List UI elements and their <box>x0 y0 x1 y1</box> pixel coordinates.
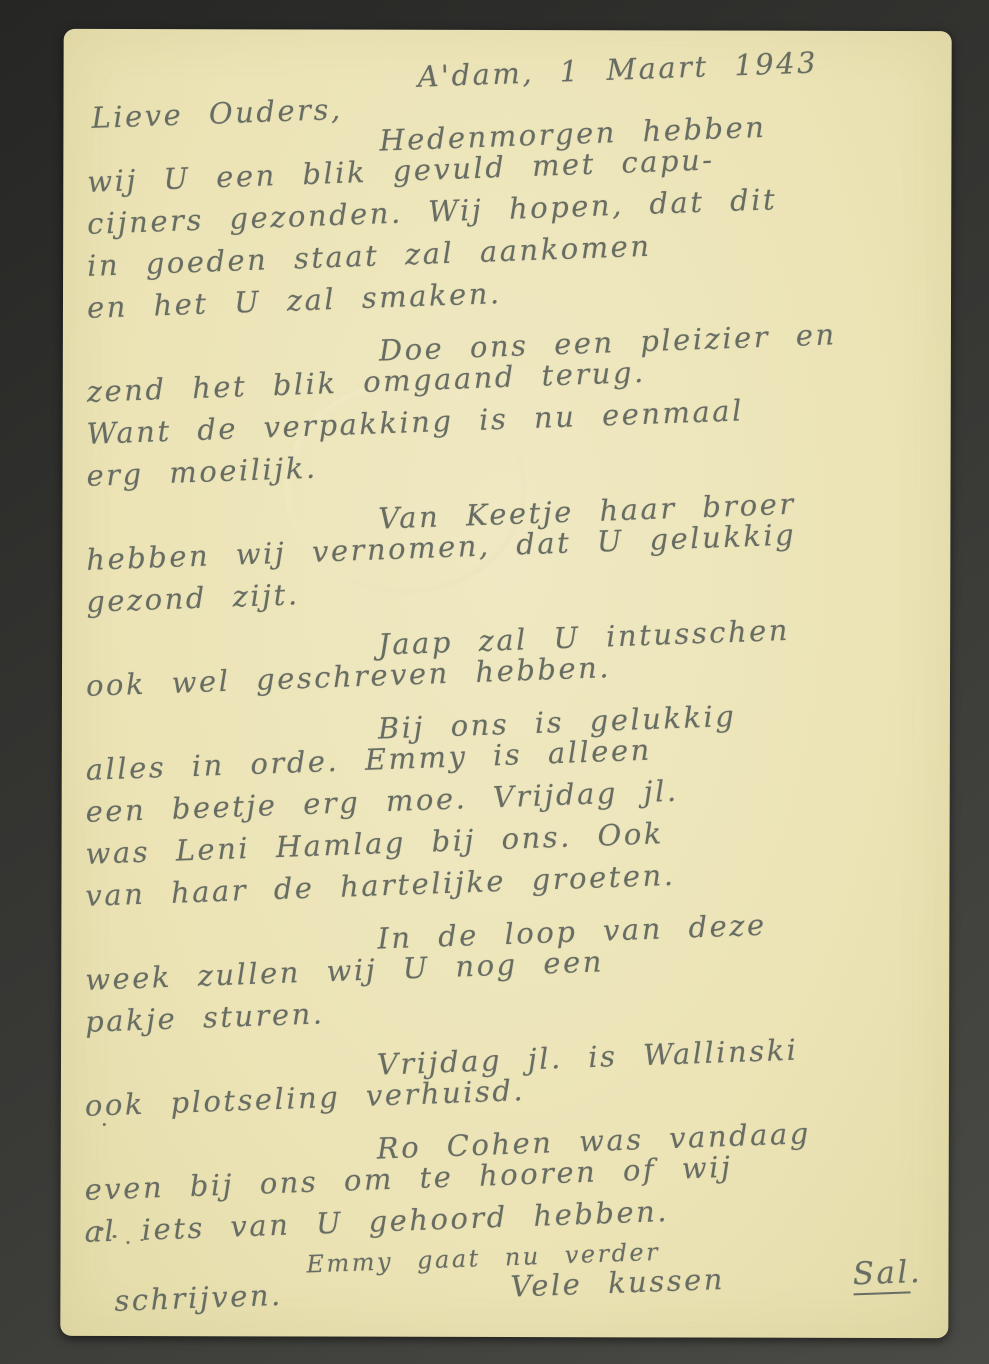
photo-of-letter: { "document": { "kind": "handwritten let… <box>0 0 989 1364</box>
letter-content: A'dam, 1 Maart 1943 Lieve Ouders, Hedenm… <box>60 29 951 1338</box>
letter-body: Hedenmorgen hebbenwij U een blik gevuld … <box>85 119 922 1255</box>
letter-valediction: Vele kussen <box>510 1258 726 1308</box>
letter-closing-left: schrijven. <box>114 1274 284 1322</box>
letter-signature: Sal. <box>852 1251 923 1295</box>
letter-card: A'dam, 1 Maart 1943 Lieve Ouders, Hedenm… <box>60 29 951 1338</box>
